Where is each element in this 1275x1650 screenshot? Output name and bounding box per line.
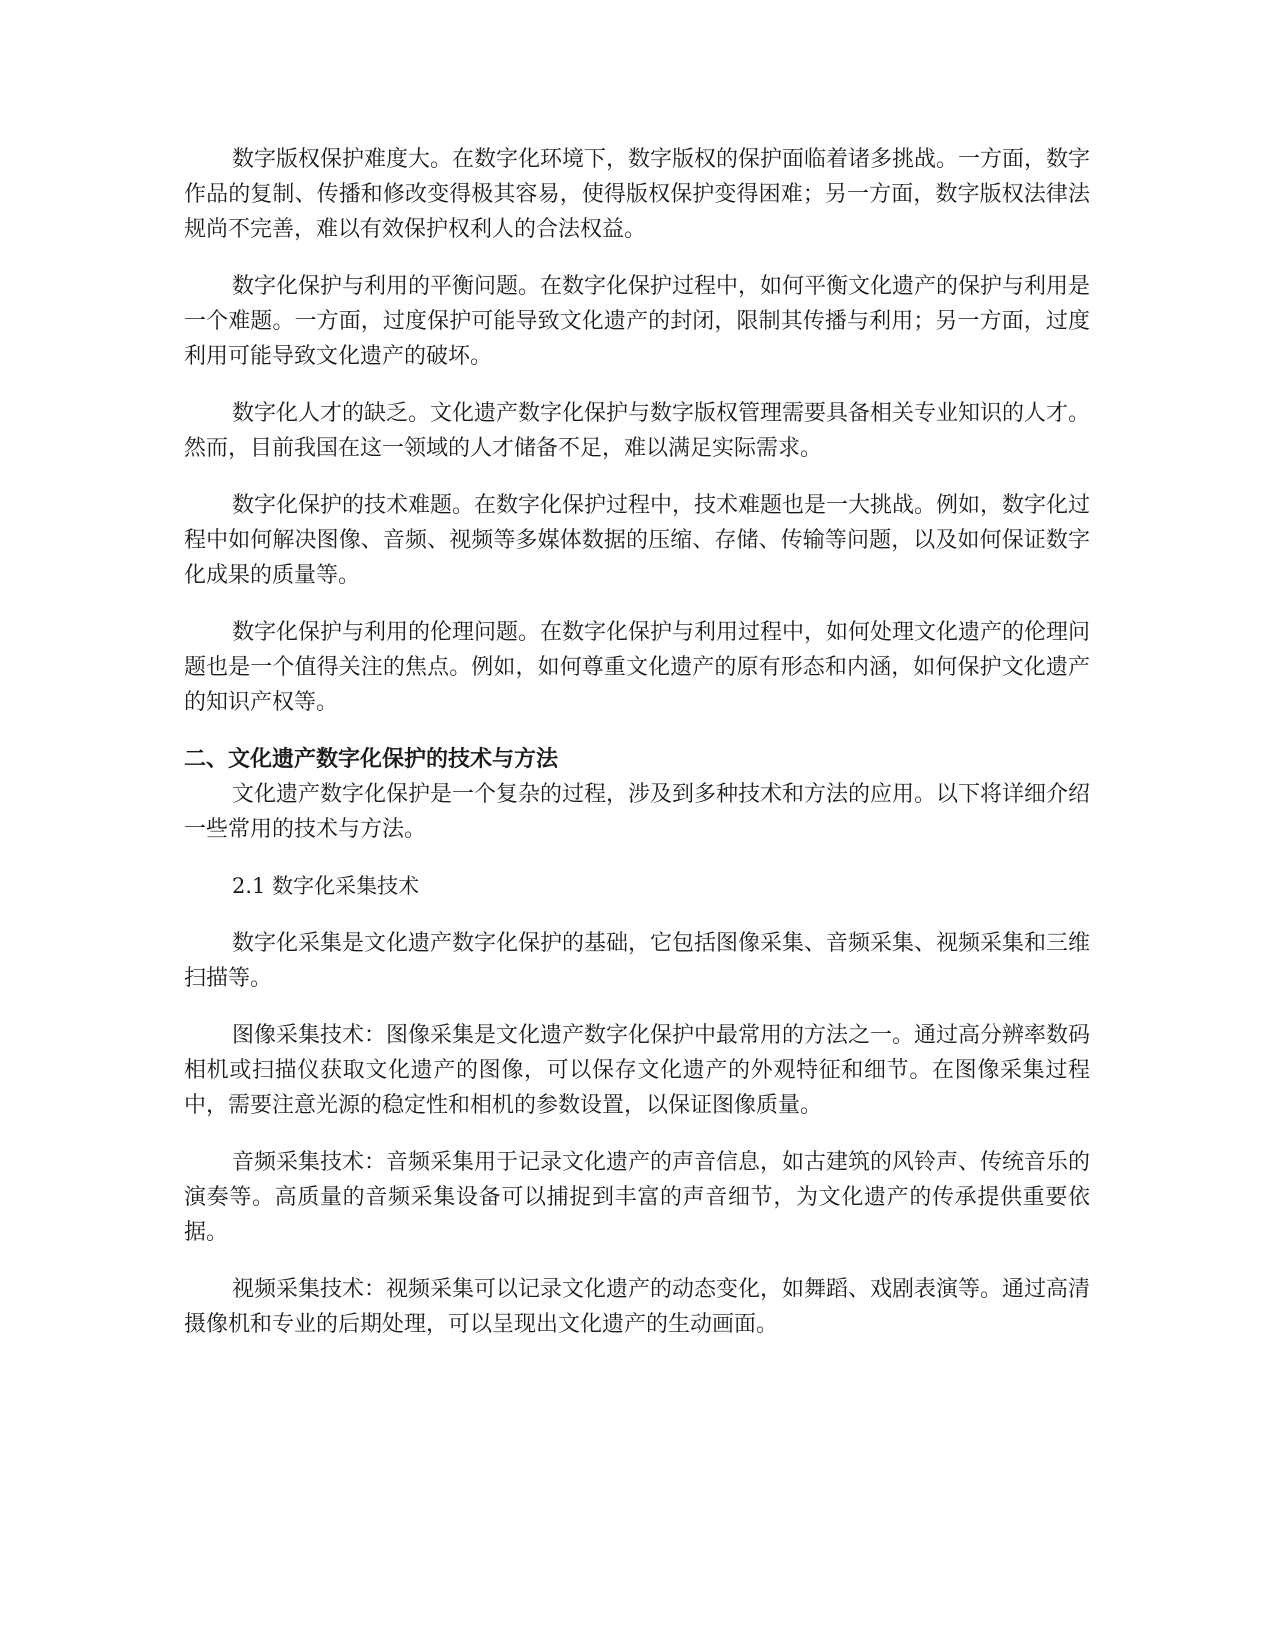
section-intro: 文化遗产数字化保护是一个复杂的过程，涉及到多种技术和方法的应用。以下将详细介绍一… [184,777,1090,847]
document-page: 数字版权保护难度大。在数字化环境下，数字版权的保护面临着诸多挑战。一方面，数字作… [184,142,1090,1364]
subsection-heading: 2.1 数字化采集技术 [184,869,1090,904]
paragraph-technical-difficulty: 数字化保护的技术难题。在数字化保护过程中，技术难题也是一大挑战。例如，数字化过程… [184,488,1090,593]
paragraph-collection-basics: 数字化采集是文化遗产数字化保护的基础，它包括图像采集、音频采集、视频采集和三维扫… [184,926,1090,996]
section-heading: 二、文化遗产数字化保护的技术与方法 [184,742,1090,777]
paragraph-balance-issue: 数字化保护与利用的平衡问题。在数字化保护过程中，如何平衡文化遗产的保护与利用是一… [184,269,1090,374]
paragraph-audio-collection: 音频采集技术：音频采集用于记录文化遗产的声音信息，如古建筑的风铃声、传统音乐的演… [184,1145,1090,1250]
paragraph-video-collection: 视频采集技术：视频采集可以记录文化遗产的动态变化，如舞蹈、戏剧表演等。通过高清摄… [184,1272,1090,1342]
paragraph-ethics-issue: 数字化保护与利用的伦理问题。在数字化保护与利用过程中，如何处理文化遗产的伦理问题… [184,615,1090,720]
paragraph-copyright-difficulty: 数字版权保护难度大。在数字化环境下，数字版权的保护面临着诸多挑战。一方面，数字作… [184,142,1090,247]
paragraph-talent-shortage: 数字化人才的缺乏。文化遗产数字化保护与数字版权管理需要具备相关专业知识的人才。然… [184,396,1090,466]
paragraph-image-collection: 图像采集技术：图像采集是文化遗产数字化保护中最常用的方法之一。通过高分辨率数码相… [184,1018,1090,1123]
